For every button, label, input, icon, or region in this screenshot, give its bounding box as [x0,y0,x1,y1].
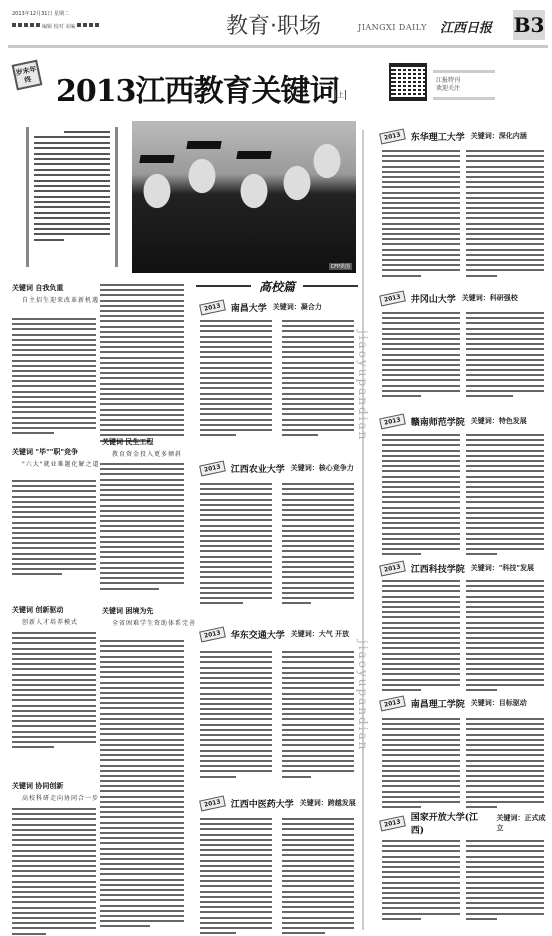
school-keyword: 关键词：科研强校 [462,293,518,303]
masthead-nav: 编辑 校对 美编 [12,23,99,30]
qr-label: 江报特刊 欢迎关注 [433,70,495,100]
school-name: 东华理工大学 [411,130,465,143]
school-article [466,150,544,280]
school-article [466,312,544,400]
school-article [382,580,460,694]
side-watermark: jiaoyupandian [356,330,370,441]
school-name: 赣南师范学院 [411,415,465,428]
year-tag: 2013 [199,626,225,642]
school-header: 2013 江西科技学院 关键词："科技"发展 [380,560,534,576]
left-article-3 [12,632,96,751]
school-article [200,651,272,781]
side-watermark: jiaoyupandian [356,640,370,751]
school-article [282,320,354,439]
qr-label-line1: 江报特刊 [436,77,495,85]
issue-date: 2013年12月31日 星期二 [12,10,69,17]
photo-credit: CFP供图 [329,263,352,270]
banner-rule-right [303,285,358,287]
page-headline: 2013江西教育关键词 [56,66,339,110]
intro-box [26,127,118,267]
school-article [200,320,272,439]
school-article [200,818,272,936]
school-article [382,718,460,811]
graduation-cap-icon [139,155,174,163]
school-name: 南昌理工学院 [411,697,465,710]
headline-part: 上 [335,90,346,100]
school-article [382,150,460,280]
school-header: 2013 江西中医药大学 关键词：跨越发展 [200,795,356,811]
year-tag: 2013 [379,128,405,144]
school-name: 华东交通大学 [231,628,285,641]
paper-logo: 江西日报 [440,17,492,36]
section-banner: 高校篇 [196,278,358,294]
masthead-rule [8,45,548,48]
school-header: 2013 南昌大学 关键词：凝合力 [200,299,322,315]
school-header: 2013 南昌理工学院 关键词：目标驱动 [380,695,527,711]
page-number: B3 [513,10,545,40]
graduation-cap-icon [186,141,221,149]
masthead: 2013年12月31日 星期二 编辑 校对 美编 教育·职场 JIANGXI D… [8,6,548,44]
left-heading-2: 关键词 "毕""职"竞争 [12,447,78,457]
school-keyword: 关键词：深化内涵 [471,131,527,141]
school-article [466,718,544,811]
school-header: 2013 井冈山大学 关键词：科研强校 [380,290,518,306]
school-name: 江西科技学院 [411,562,465,575]
left-subhead-2: "六大"就业难题化解之道 [22,459,100,468]
school-article [466,840,544,923]
school-article [466,580,544,694]
school-article [382,312,460,400]
left-article-col2-top [100,284,184,445]
school-article [382,434,460,559]
school-article [200,483,272,608]
year-tag: 2013 [199,299,225,315]
school-article [466,434,544,559]
school-header: 2013 江西农业大学 关键词：核心竞争力 [200,460,354,476]
school-header: 2013 东华理工大学 关键词：深化内涵 [380,128,527,144]
left-subhead-1: 自主招生迎来改革新机遇 [22,295,99,304]
school-keyword: 关键词：正式成立 [497,813,552,833]
school-article [382,840,460,923]
school-keyword: 关键词：跨越发展 [300,798,356,808]
year-tag: 2013 [379,695,405,711]
school-name: 南昌大学 [231,301,267,314]
graduates-photo: CFP供图 [132,121,356,273]
year-end-stamp: 岁末年终 [12,60,43,91]
year-tag: 2013 [379,815,405,831]
year-tag: 2013 [379,290,405,306]
left-subhead-4: 高校科研走向协同合一步 [22,793,99,802]
left-heading-6: 关键词 困境为先 [102,606,153,616]
left-subhead-6: 全省困难学生资助体系完善 [112,618,196,627]
school-keyword: 关键词：特色发展 [471,416,527,426]
school-article [282,651,354,781]
graduation-cap-icon [236,151,271,159]
school-header: 2013 赣南师范学院 关键词：特色发展 [380,413,527,429]
school-keyword: 关键词：大气 开放 [291,629,349,639]
school-keyword: 关键词：目标驱动 [471,698,527,708]
qr-label-line2: 欢迎关注 [436,85,495,93]
banner-rule-left [196,285,251,287]
nav-credits: 编辑 校对 美编 [42,23,75,30]
left-article-6 [100,640,184,931]
left-subhead-3: 创新人才培养模式 [22,617,78,626]
school-keyword: 关键词：核心竞争力 [291,463,354,473]
left-heading-4: 关键词 协同创新 [12,781,63,791]
intro-text [34,131,110,241]
school-name: 井冈山大学 [411,292,456,305]
year-tag: 2013 [199,795,225,811]
year-tag: 2013 [379,560,405,576]
year-tag: 2013 [379,413,405,429]
school-keyword: 关键词："科技"发展 [471,563,534,573]
year-tag: 2013 [199,460,225,476]
section-label: 高校篇 [259,278,295,295]
school-article [282,483,354,608]
qr-code-icon [389,63,427,101]
left-heading-3: 关键词 创新驱动 [12,605,63,615]
school-name: 江西农业大学 [231,462,285,475]
left-subhead-5: 教育资金投入更多倾斜 [112,449,182,458]
paper-name: JIANGXI DAILY [358,23,427,32]
left-article-1 [12,318,96,437]
left-heading-1: 关键词 自我负重 [12,283,63,293]
school-name: 国家开放大学(江西) [411,810,491,836]
school-name: 江西中医药大学 [231,797,294,810]
school-header: 2013 国家开放大学(江西) 关键词：正式成立 [380,815,552,831]
section-title: 教育·职场 [226,9,321,40]
left-article-5 [100,463,184,593]
left-article-4 [12,808,96,936]
school-header: 2013 华东交通大学 关键词：大气 开放 [200,626,349,642]
left-article-2 [12,480,96,579]
school-article [282,818,354,936]
school-keyword: 关键词：凝合力 [273,302,322,312]
column-divider [362,130,364,930]
left-heading-5: 关键词 民生工程 [102,437,153,447]
